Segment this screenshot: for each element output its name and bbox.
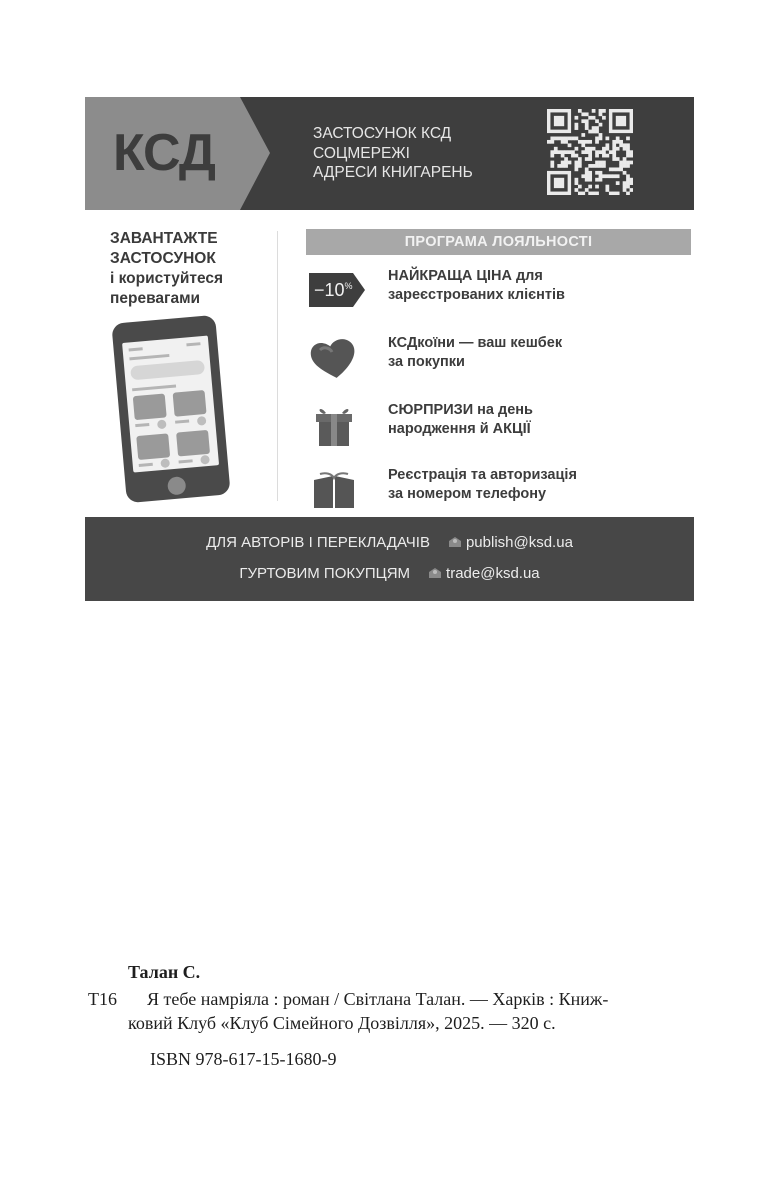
loyalty-item-registration: Реєстрація та авторизація за номером тел… bbox=[306, 466, 694, 516]
open-book-icon bbox=[306, 470, 368, 510]
logo-arrow: КСД bbox=[85, 97, 275, 210]
qr-code-icon bbox=[547, 109, 633, 195]
banner-line-stores: АДРЕСИ КНИГАРЕНЬ bbox=[313, 163, 473, 183]
top-banner: КСД ЗАСТОСУНОК КСД СОЦМЕРЕЖІ АДРЕСИ КНИГ… bbox=[85, 97, 694, 210]
download-line-4: перевагами bbox=[110, 289, 265, 309]
loyalty-item-line2: за покупки bbox=[388, 353, 562, 372]
smartphone-icon bbox=[111, 315, 230, 503]
loyalty-title: ПРОГРАМА ЛОЯЛЬНОСТІ bbox=[306, 229, 691, 255]
banner-text: ЗАСТОСУНОК КСД СОЦМЕРЕЖІ АДРЕСИ КНИГАРЕН… bbox=[313, 124, 473, 183]
isbn: ISBN 978-617-15-1680-9 bbox=[150, 1049, 337, 1070]
contact-label: ДЛЯ АВТОРІВ І ПЕРЕКЛАДАЧІВ bbox=[206, 534, 430, 551]
contact-email-link[interactable]: publish@ksd.ua bbox=[466, 534, 573, 551]
loyalty-item-line1: НАЙКРАЩА ЦІНА для bbox=[388, 267, 565, 286]
loyalty-item-line2: зареєстрованих клієнтів bbox=[388, 286, 565, 305]
contact-label: ГУРТОВИМ ПОКУПЦЯМ bbox=[239, 565, 410, 582]
loyalty-item-discount: −10% НАЙКРАЩА ЦІНА для зареєстрованих кл… bbox=[306, 267, 694, 317]
contact-email-link[interactable]: trade@ksd.ua bbox=[446, 565, 540, 582]
discount-tag-icon: −10% bbox=[306, 271, 368, 311]
author-code: Т16 bbox=[88, 989, 117, 1010]
download-line-1: ЗАВАНТАЖТЕ bbox=[110, 229, 265, 249]
banner-line-social: СОЦМЕРЕЖІ bbox=[313, 144, 473, 164]
loyalty-item-line2: за номером телефону bbox=[388, 485, 577, 504]
discount-value: −10 bbox=[314, 280, 345, 300]
loyalty-item-line2: народження й АКЦІЇ bbox=[388, 420, 533, 439]
contact-authors: ДЛЯ АВТОРІВ І ПЕРЕКЛАДАЧІВpublish@ksd.ua bbox=[85, 533, 694, 553]
loyalty-program: ПРОГРАМА ЛОЯЛЬНОСТІ −10% НАЙКРАЩА ЦІНА д… bbox=[306, 229, 694, 255]
loyalty-item-cashback: КСДкоїни — ваш кешбек за покупки bbox=[306, 334, 694, 384]
download-app-section: ЗАВАНТАЖТЕ ЗАСТОСУНОК і користуйтеся пер… bbox=[85, 229, 265, 309]
loyalty-item-line1: СЮРПРИЗИ на день bbox=[388, 401, 533, 420]
loyalty-item-line1: КСДкоїни — ваш кешбек bbox=[388, 334, 562, 353]
mail-icon bbox=[448, 534, 462, 546]
gift-icon bbox=[306, 405, 368, 445]
phone-home-button bbox=[167, 476, 187, 496]
contacts-banner: ДЛЯ АВТОРІВ І ПЕРЕКЛАДАЧІВpublish@ksd.ua… bbox=[85, 517, 694, 601]
phone-screen bbox=[122, 336, 219, 473]
mail-icon bbox=[428, 565, 442, 577]
description-line-1: Я тебе намріяла : роман / Світлана Талан… bbox=[147, 989, 608, 1010]
publisher-ad: КСД ЗАСТОСУНОК КСД СОЦМЕРЕЖІ АДРЕСИ КНИГ… bbox=[85, 97, 694, 601]
author-name: Талан С. bbox=[128, 962, 200, 983]
discount-unit: % bbox=[345, 281, 353, 291]
heart-icon bbox=[306, 338, 368, 378]
description-line-2: ковий Клуб «Клуб Сімейного Дозвілля», 20… bbox=[128, 1013, 556, 1034]
column-divider bbox=[277, 231, 278, 501]
loyalty-item-surprises: СЮРПРИЗИ на день народження й АКЦІЇ bbox=[306, 401, 694, 451]
banner-line-app: ЗАСТОСУНОК КСД bbox=[313, 124, 473, 144]
contact-wholesale: ГУРТОВИМ ПОКУПЦЯМtrade@ksd.ua bbox=[85, 564, 694, 584]
loyalty-item-line1: Реєстрація та авторизація bbox=[388, 466, 577, 485]
ksd-logo: КСД bbox=[113, 123, 215, 183]
download-line-3: і користуйтеся bbox=[110, 269, 265, 289]
download-line-2: ЗАСТОСУНОК bbox=[110, 249, 265, 269]
